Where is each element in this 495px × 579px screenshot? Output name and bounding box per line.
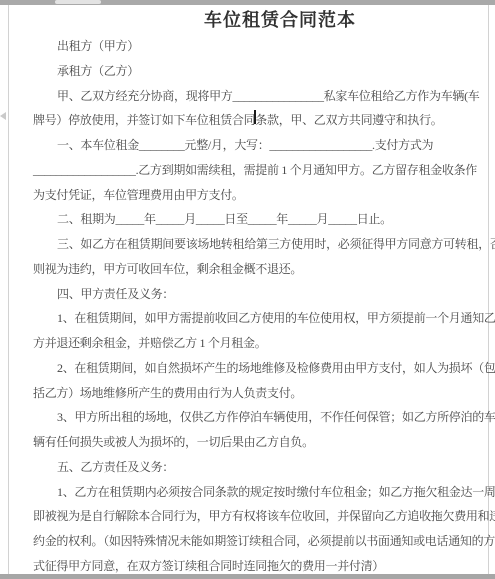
contract-line: 约金的权利。（如因特殊情况未能如期签订续租合同，必须提前以书面通知或电话通知的方 [33,529,463,554]
margin-pointer-icon [0,112,6,120]
contract-line: 则视为违约，甲方可收回车位，剩余租金概不退还。 [33,257,463,282]
contract-line: 五、乙方责任及义务： [33,455,463,480]
contract-line: 三、如乙方在租赁期间要该场地转租给第三方使用时，必须征得甲方同意方可转租，否 [33,232,463,257]
contract-line: 方并退还剩余租金，并赔偿乙方 1 个月租金。 [33,331,463,356]
document-edit-area[interactable]: 车位租赁合同范本 出租方（甲方） 承租方（乙方） 甲、乙双方经充分协商，现将甲方… [33,6,463,579]
contract-line: 1、乙方在租赁期内必须按合同条款的规定按时缴付车位租金；如乙方拖欠租金达一周， [33,480,463,505]
page-left-edge-line [8,5,9,575]
contract-line: 承租方（乙方） [33,59,463,84]
contract-line: __________________.乙方到期如需续租，需提前 1 个月通知甲方… [33,158,463,183]
contract-line: 式征得甲方同意，在双方签订续租合同时连同拖欠的费用一并付清） [33,554,463,579]
contract-line: 辆有任何损失或被人为损坏的，一切后果由乙方自负。 [33,430,463,455]
contract-line: 为支付凭证，车位管理费用由甲方支付。 [33,183,463,208]
contract-line: 2、在租赁期间，如自然损坏产生的场地维修及检修费用由甲方支付，如人为损坏（包 [33,356,463,381]
text-cursor-caret [254,110,256,124]
document-page: 车位租赁合同范本 出租方（甲方） 承租方（乙方） 甲、乙双方经充分协商，现将甲方… [0,0,495,579]
contract-line: 四、甲方责任及义务： [33,282,463,307]
contract-line: 1、在租赁期间，如甲方需提前收回乙方使用的车位使用权，甲方须提前一个月通知乙 [33,306,463,331]
contract-line: 出租方（甲方） [33,34,463,59]
contract-line: 一、本车位租金________元整/月，大写：_________________… [33,133,463,158]
contract-line: 3、甲方所出租的场地，仅供乙方作停泊车辆使用，不作任何保管；如乙方所停泊的车 [33,405,463,430]
document-title: 车位租赁合同范本 [97,6,463,34]
contract-line: 括乙方）场地维修所产生的费用由行为人负责支付。 [33,381,463,406]
contract-line: 即被视为是自行解除本合同行为，甲方有权将该车位收回，并保留向乙方追收拖欠费用和违 [33,504,463,529]
contract-line: 牌号）停放使用，并签订如下车位租赁合同条款，甲、乙双方共同遵守和执行。 [33,108,463,133]
contract-line: 二、租期为_____年_____月_____日至_____年_____月____… [33,207,463,232]
contract-line: 甲、乙双方经充分协商，现将甲方________________私家车位租给乙方作… [33,84,463,109]
top-cropped-ui-fragment [55,0,101,4]
